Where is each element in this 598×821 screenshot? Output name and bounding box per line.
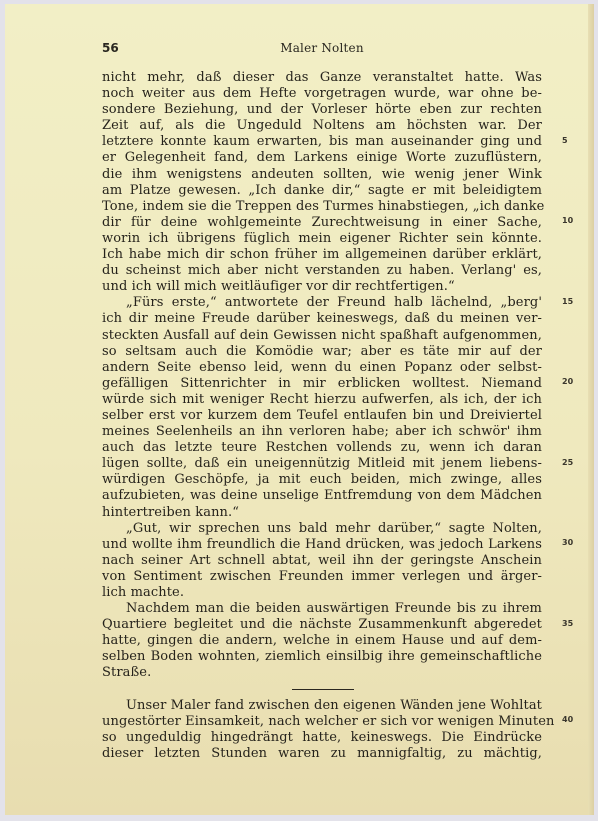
text-line: selber erst vor kurzem dem Teufel entlau… — [102, 408, 542, 424]
text-line: und ich will mich weitläufiger vor dir r… — [102, 279, 542, 295]
text-line: dieser letzten Stunden waren zu mannigfa… — [102, 746, 542, 762]
text-line: letztere konnte kaum erwarten, bis man a… — [102, 134, 542, 150]
text-line: ungestörter Einsamkeit, nach welcher er … — [102, 714, 542, 730]
text-line: Ich habe mich dir schon früher im allgem… — [102, 247, 542, 263]
text-line: „Gut, wir sprechen uns bald mehr darüber… — [102, 521, 542, 537]
text-line: andern Seite ebenso leid, wenn du einen … — [102, 360, 542, 376]
text-line: Unser Maler fand zwischen den eigenen Wä… — [102, 698, 542, 714]
line-number: 10 — [562, 216, 573, 225]
text-line: hintertreiben kann.“ — [102, 505, 542, 521]
line-number: 5 — [562, 136, 568, 145]
text-line: dir für deine wohlgemeinte Zurechtweisun… — [102, 215, 542, 231]
body-text: nicht mehr, daß dieser das Ganze veranst… — [102, 70, 542, 762]
text-line: du scheinst mich aber nicht verstanden z… — [102, 263, 542, 279]
text-line: gefälligen Sittenrichter in mir erblicke… — [102, 376, 542, 392]
text-line: so ungeduldig hingedrängt hatte, keinesw… — [102, 730, 542, 746]
text-line: Quartiere begleitet und die nächste Zusa… — [102, 617, 542, 633]
text-line: Tone, indem sie die Treppen des Turmes h… — [102, 199, 542, 215]
text-line: Straße. — [102, 665, 542, 681]
text-line: nach seiner Art schnell abtat, weil ihn … — [102, 553, 542, 569]
text-line: ich dir meine Freude darüber keineswegs,… — [102, 311, 542, 327]
page-edge — [588, 4, 594, 815]
text-line: lich machte. — [102, 585, 542, 601]
line-number: 20 — [562, 377, 573, 386]
text-line: auch das letzte teure Restchen vollends … — [102, 440, 542, 456]
text-line: hatte, gingen die andern, welche in eine… — [102, 633, 542, 649]
text-line: und wollte ihm freundlich die Hand drück… — [102, 537, 542, 553]
line-number: 40 — [562, 715, 573, 724]
text-line: die ihm wenigstens andeuten sollten, wie… — [102, 167, 542, 183]
text-line: Nachdem man die beiden auswärtigen Freun… — [102, 601, 542, 617]
text-line: lügen sollte, daß ein uneigennützig Mitl… — [102, 456, 542, 472]
running-title: Maler Nolten — [102, 41, 542, 55]
text-line: so seltsam auch die Komödie war; aber es… — [102, 344, 542, 360]
text-line: aufzubieten, was deine unselige Entfremd… — [102, 488, 542, 504]
section-break — [102, 682, 542, 698]
section-divider-rule — [292, 689, 354, 690]
text-line: würde sich mit weniger Recht hierzu aufw… — [102, 392, 542, 408]
text-line: „Fürs erste,“ antwortete der Freund halb… — [102, 295, 542, 311]
text-line: am Platze gewesen. „Ich danke dir,“ sagt… — [102, 183, 542, 199]
page-header: 56 Maler Nolten — [102, 41, 542, 57]
text-line: steckten Ausfall auf dein Gewissen nicht… — [102, 328, 542, 344]
text-line: nicht mehr, daß dieser das Ganze veranst… — [102, 70, 542, 86]
line-number: 30 — [562, 538, 573, 547]
text-line: worin ich übrigens füglich mein eigener … — [102, 231, 542, 247]
text-line: noch weiter aus dem Hefte vorgetragen wu… — [102, 86, 542, 102]
text-line: er Gelegenheit fand, dem Larkens einige … — [102, 150, 542, 166]
text-line: würdigen Geschöpfe, ja mit euch beiden, … — [102, 472, 542, 488]
line-number: 15 — [562, 297, 573, 306]
line-number: 25 — [562, 458, 573, 467]
line-number: 35 — [562, 619, 573, 628]
text-line: selben Boden wohnten, ziemlich einsilbig… — [102, 649, 542, 665]
text-line: von Sentiment zwischen Freunden immer ve… — [102, 569, 542, 585]
text-line: Zeit auf, als die Ungeduld Noltens am hö… — [102, 118, 542, 134]
text-line: meines Seelenheils an ihn verloren habe;… — [102, 424, 542, 440]
text-line: sondere Beziehung, und der Vorleser hört… — [102, 102, 542, 118]
